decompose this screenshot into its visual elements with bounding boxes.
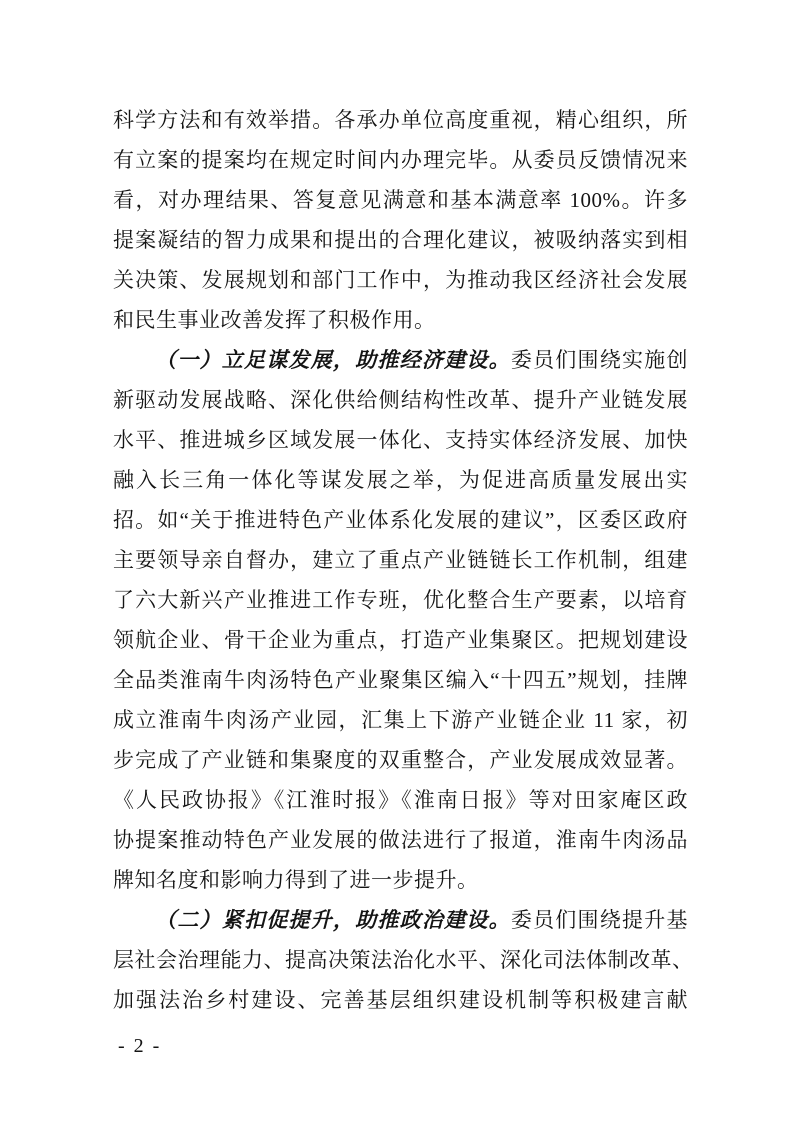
document-page: 科学方法和有效举措。各承办单位高度重视，精心组织，所有立案的提案均在规定时间内办… xyxy=(0,0,793,1122)
document-body: 科学方法和有效举措。各承办单位高度重视，精心组织，所有立案的提案均在规定时间内办… xyxy=(113,100,688,1020)
section-heading: （一）立足谋发展，助推经济建设。 xyxy=(155,348,511,372)
text-line: 新驱动发展战略、深化供给侧结构性改革、提升产业链发展 xyxy=(113,380,688,420)
text-line: 提案凝结的智力成果和提出的合理化建议，被吸纳落实到相 xyxy=(113,220,688,260)
text-line: 关决策、发展规划和部门工作中，为推动我区经济社会发展 xyxy=(113,260,688,300)
text-line: 看，对办理结果、答复意见满意和基本满意率 100%。许多 xyxy=(113,180,688,220)
text-line: 水平、推进城乡区域发展一体化、支持实体经济发展、加快 xyxy=(113,420,688,460)
text-line: （一）立足谋发展，助推经济建设。委员们围绕实施创 xyxy=(113,340,688,380)
text-line: 《人民政协报》《江淮时报》《淮南日报》等对田家庵区政 xyxy=(113,780,688,820)
text-line: 成立淮南牛肉汤产业园，汇集上下游产业链企业 11 家，初 xyxy=(113,700,688,740)
text-line: 招。如“关于推进特色产业体系化发展的建议”，区委区政府 xyxy=(113,500,688,540)
text-line: 领航企业、骨干企业为重点，打造产业集聚区。把规划建设 xyxy=(113,620,688,660)
page-number: - 2 - xyxy=(118,1032,161,1060)
text-line: 融入长三角一体化等谋发展之举，为促进高质量发展出实 xyxy=(113,460,688,500)
text-line: 有立案的提案均在规定时间内办理完毕。从委员反馈情况来 xyxy=(113,140,688,180)
text-line: （二）紧扣促提升，助推政治建设。委员们围绕提升基 xyxy=(113,900,688,940)
text-line: 层社会治理能力、提高决策法治化水平、深化司法体制改革、 xyxy=(113,940,688,980)
text-line: 科学方法和有效举措。各承办单位高度重视，精心组织，所 xyxy=(113,100,688,140)
text-line: 协提案推动特色产业发展的做法进行了报道，淮南牛肉汤品 xyxy=(113,820,688,860)
text-line: 了六大新兴产业推进工作专班，优化整合生产要素，以培育 xyxy=(113,580,688,620)
text-line: 主要领导亲自督办，建立了重点产业链链长工作机制，组建 xyxy=(113,540,688,580)
text-line: 全品类淮南牛肉汤特色产业聚集区编入“十四五”规划，挂牌 xyxy=(113,660,688,700)
text-line: 和民生事业改善发挥了积极作用。 xyxy=(113,300,688,340)
text-line: 步完成了产业链和集聚度的双重整合，产业发展成效显著。 xyxy=(113,740,688,780)
section-heading: （二）紧扣促提升，助推政治建设。 xyxy=(155,908,511,932)
text-line: 加强法治乡村建设、完善基层组织建设机制等积极建言献 xyxy=(113,980,688,1020)
text-line: 牌知名度和影响力得到了进一步提升。 xyxy=(113,860,688,900)
